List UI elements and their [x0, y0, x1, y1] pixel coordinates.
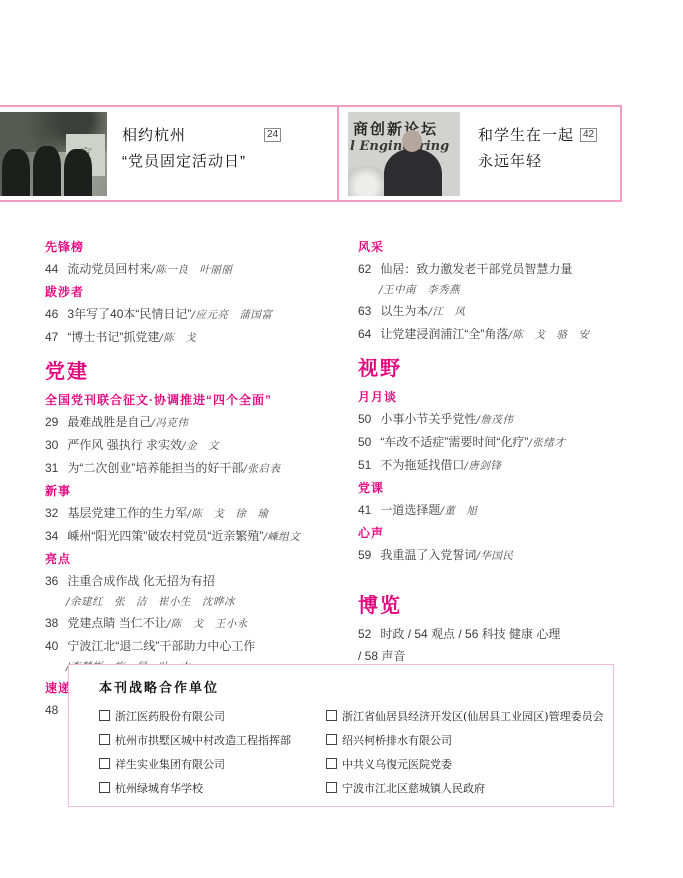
toc-entry-page: 52: [358, 627, 371, 641]
subsection-header: 风采: [358, 236, 670, 258]
toc-entry-page: 40: [45, 639, 58, 653]
toc-entry-page: 29: [45, 415, 58, 429]
feature-left-page-number: 24: [264, 128, 281, 142]
checkbox-icon: [326, 710, 337, 721]
checkbox-icon: [326, 782, 337, 793]
toc-entry-authors: /嵊组文: [263, 531, 300, 543]
toc-entry-page: 50: [358, 435, 371, 449]
toc-entry-page: 34: [45, 529, 58, 543]
toc-entry: 47“博士书记”抓党建/陈 戈: [45, 326, 353, 349]
partner-item-label: 浙江省仙居县经济开发区(仙居县工业园区)管理委员会: [342, 710, 604, 723]
toc-entry: 41一道选择题/董 旭: [358, 499, 670, 522]
toc-entry-title: 不为拖延找借口: [380, 458, 464, 472]
toc-entry: 50小事小节关乎党性/詹茂伟: [358, 408, 670, 431]
toc-entry-authors: /陈 戈: [159, 332, 196, 344]
toc-entry-authors: /唐剑锋: [464, 460, 501, 472]
toc-entry-page: 32: [45, 506, 58, 520]
toc-entry: 34嵊州“阳光四策”破农村党员“近亲繁殖”/嵊组文: [45, 525, 353, 548]
toc-entry-authors: /陈 戈 王小永: [167, 618, 248, 630]
toc-entry-title: 小事小节关乎党性: [380, 412, 476, 426]
toc-entry-title: 严作风 强执行 求实效: [67, 438, 182, 452]
partners-column-left: 浙江医药股份有限公司杭州市拱墅区城中村改造工程指挥部祥生实业集团有限公司杭州绿城…: [99, 705, 326, 801]
partner-item: 杭州绿城育华学校: [99, 777, 326, 801]
partner-item-label: 杭州绿城育华学校: [115, 782, 203, 795]
partner-item: 浙江医药股份有限公司: [99, 705, 326, 729]
partner-item: 祥生实业集团有限公司: [99, 753, 326, 777]
toc-entry-title: 仙居：致力激发老干部党员智慧力量: [380, 262, 572, 276]
toc-entry-authors: /陈 戈 骆 安: [508, 329, 589, 341]
toc-entry-authors: /冯克伟: [151, 417, 188, 429]
toc-entry: 40宁波江北“退二线”干部助力中心工作: [45, 635, 353, 657]
toc-entry-page: 51: [358, 458, 371, 472]
photo-figure-shape: [2, 149, 30, 196]
toc-entry-page: 63: [358, 304, 371, 318]
photo-figure-shape: [33, 146, 61, 196]
toc-entry-authors: /金 文: [182, 440, 219, 452]
partner-item: 杭州市拱墅区城中村改造工程指挥部: [99, 729, 326, 753]
toc-entry-authors: /詹茂伟: [476, 414, 513, 426]
toc-entry-title: 让党建浸润浦江“全”角落: [380, 327, 508, 341]
toc-entry: 64让党建浸润浦江“全”角落/陈 戈 骆 安: [358, 323, 670, 346]
toc-entry: 29最难战胜是自己/冯克伟: [45, 411, 353, 434]
subsection-header: 先锋榜: [45, 236, 353, 258]
photo-figure-shape: [64, 149, 92, 196]
feature-photo-choir: 宣: [0, 112, 107, 196]
checkbox-icon: [326, 758, 337, 769]
toc-entry-authors: /江 风: [428, 306, 465, 318]
toc-entry-title: 基层党建工作的生力军: [67, 506, 187, 520]
toc-entry-page: 46: [45, 307, 58, 321]
feature-right-page-number: 42: [580, 128, 597, 142]
toc-entry-title: 流动党员回村来: [67, 262, 151, 276]
toc-entry-authors: /华国民: [476, 550, 513, 562]
toc-entry-title: 为“二次创业”培养能担当的好干部: [67, 461, 243, 475]
toc-entry: 38党建点睛 当仁不让/陈 戈 王小永: [45, 612, 353, 635]
partner-item: 中共义乌復元医院党委: [326, 753, 606, 777]
feature-left-title-line1: 相约杭州: [122, 124, 186, 145]
toc-entry-authors-line: /王中南 李秀燕: [358, 280, 670, 300]
toc-entry: 36注重合成作战 化无招为有招: [45, 570, 353, 592]
toc-entry-authors: /陈一良 叶丽丽: [151, 264, 232, 276]
partner-item-label: 宁波市江北区慈城镇人民政府: [342, 782, 485, 795]
toc-entry-authors: /张启表: [243, 463, 280, 475]
toc-entry-authors: /应元亮 蒲国富: [191, 309, 272, 321]
toc-entry-authors-line: /余建红 张 洁 崔小生 沈晔冰: [45, 592, 353, 612]
toc-entry-page: 59: [358, 548, 371, 562]
subsection-header: 心声: [358, 522, 670, 544]
checkbox-icon: [326, 734, 337, 745]
toc-entry-title: 最难战胜是自己: [67, 415, 151, 429]
toc-entry-page: 36: [45, 574, 58, 588]
toc-entry-page: 50: [358, 412, 371, 426]
toc-entry-title: 宁波江北“退二线”干部助力中心工作: [67, 639, 255, 653]
partners-columns: 浙江医药股份有限公司杭州市拱墅区城中村改造工程指挥部祥生实业集团有限公司杭州绿城…: [99, 705, 606, 801]
toc-entry: 52时政 / 54 观点 / 56 科技 健康 心理: [358, 623, 670, 645]
toc-entry-page: 44: [45, 262, 58, 276]
toc-column-left: 先锋榜44流动党员回村来/陈一良 叶丽丽跋涉者463年写了40本“民情日记”/应…: [45, 236, 353, 722]
toc-entry-authors: /张绪才: [528, 437, 565, 449]
toc-entry-title: 一道选择题: [380, 503, 440, 517]
toc-entry: 50“车改不适症”需要时间“化疗”/张绪才: [358, 431, 670, 454]
feature-right-title-line1: 和学生在一起: [478, 124, 574, 145]
toc-entry: 31为“二次创业”培养能担当的好干部/张启表: [45, 457, 353, 480]
partners-box: 本刊战略合作单位 浙江医药股份有限公司杭州市拱墅区城中村改造工程指挥部祥生实业集…: [68, 664, 614, 807]
toc-entry: 30严作风 强执行 求实效/金 文: [45, 434, 353, 457]
toc-entry-title: 3年写了40本“民情日记”: [67, 307, 191, 321]
feature-band: 宣 相约杭州 “党员固定活动日” 24 商创新论坛 l Engineering …: [0, 105, 622, 202]
partner-item-label: 浙江医药股份有限公司: [115, 710, 225, 723]
subsection-header: 全国党刊联合征文·协调推进“四个全面”: [45, 389, 353, 411]
toc-entry: 62仙居：致力激发老干部党员智慧力量: [358, 258, 670, 280]
toc-entry-authors: /董 旭: [440, 505, 477, 517]
partner-item: 浙江省仙居县经济开发区(仙居县工业园区)管理委员会: [326, 705, 606, 729]
toc-entry-authors: /陈 戈 徐 瑜: [187, 508, 268, 520]
toc-entry-page: 62: [358, 262, 371, 276]
feature-photo-forum: 商创新论坛 l Engineering: [348, 112, 460, 196]
photo-forum-banner-text: 商创新论坛: [353, 118, 438, 139]
feature-left-title-line2: “党员固定活动日”: [122, 150, 246, 171]
section-header: 博览: [358, 593, 670, 619]
toc-entry-page: 30: [45, 438, 58, 452]
toc-entry-page: 64: [358, 327, 371, 341]
partner-item-label: 祥生实业集团有限公司: [115, 758, 225, 771]
subsection-header: 亮点: [45, 548, 353, 570]
section-header: 视野: [358, 356, 670, 382]
subsection-header: 新事: [45, 480, 353, 502]
toc-entry-title: 我重温了入党誓词: [380, 548, 476, 562]
partner-item: 绍兴柯桥排水有限公司: [326, 729, 606, 753]
toc-entry: 44流动党员回村来/陈一良 叶丽丽: [45, 258, 353, 281]
checkbox-icon: [99, 710, 110, 721]
toc-entry-page: 31: [45, 461, 58, 475]
checkbox-icon: [99, 734, 110, 745]
toc-entry-title: / 58 声音: [358, 649, 405, 663]
checkbox-icon: [99, 758, 110, 769]
toc-entry-page: 47: [45, 330, 58, 344]
partner-item-label: 杭州市拱墅区城中村改造工程指挥部: [115, 734, 291, 747]
toc-entry-authors: /王中南 李秀燕: [379, 284, 460, 296]
toc-entry-title: 党建点睛 当仁不让: [67, 616, 166, 630]
toc-entry-title: 嵊州“阳光四策”破农村党员“近亲繁殖”: [67, 529, 263, 543]
toc-entry-title: “车改不适症”需要时间“化疗”: [380, 435, 528, 449]
toc-entry: 51不为拖延找借口/唐剑锋: [358, 454, 670, 477]
toc-entry-authors: /余建红 张 洁 崔小生 沈晔冰: [66, 596, 235, 608]
toc-entry: 463年写了40本“民情日记”/应元亮 蒲国富: [45, 303, 353, 326]
partner-item: 宁波市江北区慈城镇人民政府: [326, 777, 606, 801]
partners-title: 本刊战略合作单位: [99, 677, 219, 696]
band-divider: [337, 107, 339, 200]
toc-entry: 32基层党建工作的生力军/陈 戈 徐 瑜: [45, 502, 353, 525]
section-header: 党建: [45, 359, 353, 385]
photo-speaker-shape: [384, 149, 442, 196]
toc-entry-page: 38: [45, 616, 58, 630]
toc-entry-page: 48: [45, 703, 58, 717]
toc-entry-title: 时政 / 54 观点 / 56 科技 健康 心理: [380, 627, 560, 641]
toc-entry-title: 注重合成作战 化无招为有招: [67, 574, 214, 588]
toc-entry: 59我重温了入党誓词/华国民: [358, 544, 670, 567]
checkbox-icon: [99, 782, 110, 793]
magazine-toc-page: 宣 相约杭州 “党员固定活动日” 24 商创新论坛 l Engineering …: [0, 0, 683, 878]
toc-entry-title: 以生为本: [380, 304, 428, 318]
partner-item-label: 绍兴柯桥排水有限公司: [342, 734, 452, 747]
toc-entry: 63以生为本/江 风: [358, 300, 670, 323]
feature-right-title-line2: 永远年轻: [478, 150, 542, 171]
partners-column-right: 浙江省仙居县经济开发区(仙居县工业园区)管理委员会绍兴柯桥排水有限公司中共义乌復…: [326, 705, 606, 801]
subsection-header: 党课: [358, 477, 670, 499]
toc-entry-title: “博士书记”抓党建: [67, 330, 159, 344]
subsection-header: 月月谈: [358, 386, 670, 408]
partner-item-label: 中共义乌復元医院党委: [342, 758, 452, 771]
toc-entry-page: 41: [358, 503, 371, 517]
subsection-header: 跋涉者: [45, 281, 353, 303]
